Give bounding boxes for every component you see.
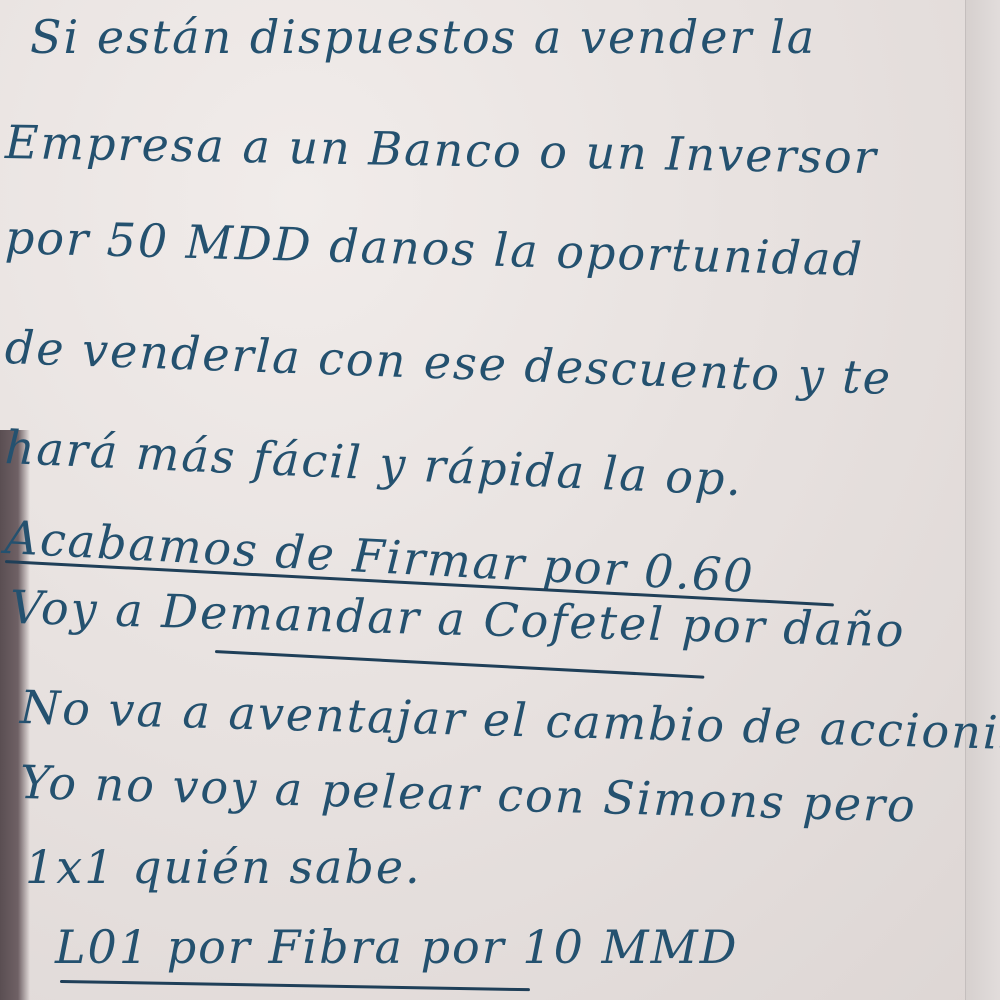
paper-right-edge xyxy=(965,0,1000,1000)
note-line: 1x1 quién sabe. xyxy=(25,840,422,894)
note-line: Si están dispuestos a vender la xyxy=(30,10,816,64)
note-line: L01 por Fibra por 10 MMD xyxy=(55,920,739,974)
